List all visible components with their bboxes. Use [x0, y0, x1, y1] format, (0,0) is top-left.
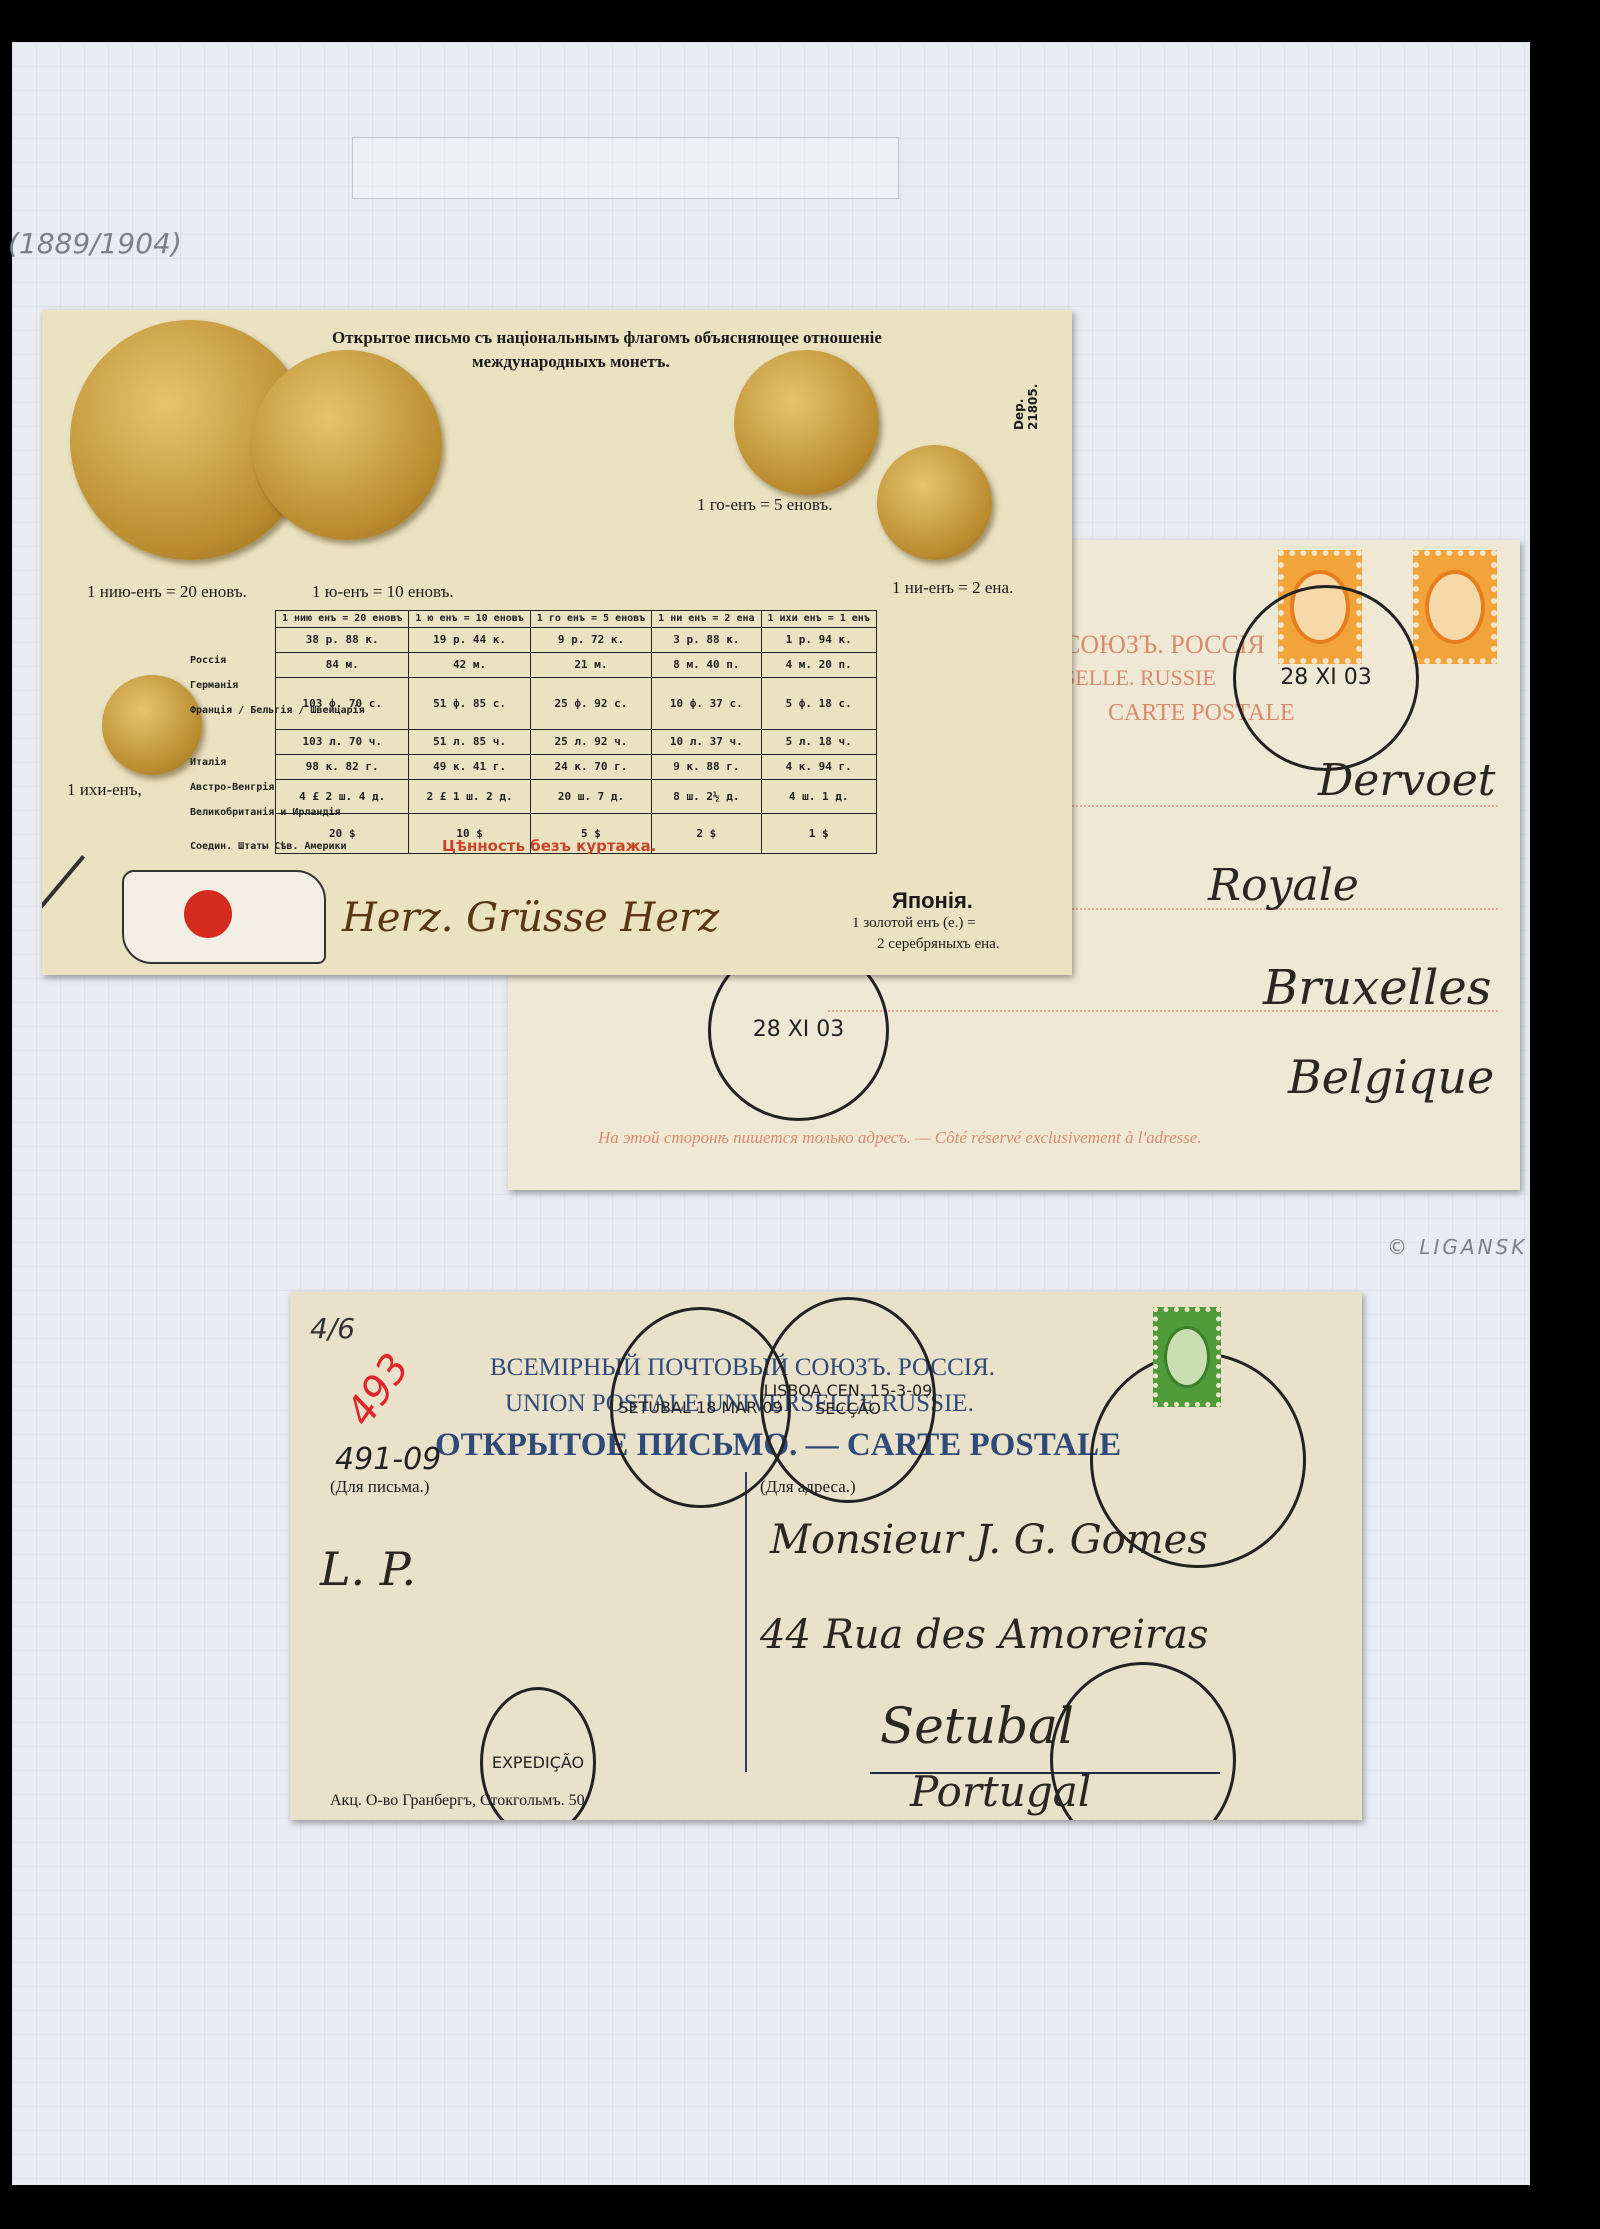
divider-line	[745, 1472, 747, 1772]
coin-caption: 1 нию-енъ = 20 еновъ.	[87, 582, 247, 602]
table-header: 1 го енъ = 5 еновъ	[530, 611, 651, 628]
table-cell: 9 р. 72 к.	[530, 627, 651, 652]
address-line-3: Setubal	[880, 1697, 1074, 1755]
table-header: 1 ю енъ = 10 еновъ	[409, 611, 530, 628]
table-row: 98 к. 82 г.49 к. 41 г.24 к. 70 г.9 к. 88…	[276, 754, 877, 779]
publisher-code: Dep. 21805.	[1012, 370, 1040, 430]
table-cell: 10 л. 37 ч.	[652, 729, 761, 754]
table-cell: 51 ф. 85 с.	[409, 677, 530, 729]
address-side-note: На этой сторонѣ пишется только адресъ. —…	[598, 1128, 1202, 1148]
postmark-lugansk	[1050, 1662, 1236, 1820]
table-cell: 9 к. 88 г.	[652, 754, 761, 779]
table-cell: 4 £ 2 ш. 4 д.	[276, 779, 409, 813]
table-row: 103 л. 70 ч.51 л. 85 ч.25 л. 92 ч.10 л. …	[276, 729, 877, 754]
table-cell: 98 к. 82 г.	[276, 754, 409, 779]
table-cell: 3 р. 88 к.	[652, 627, 761, 652]
card-title: международныхъ монетъ.	[472, 352, 670, 372]
flag-pole	[42, 855, 85, 972]
country-title: Японія.	[892, 888, 973, 914]
red-inventory-mark: 493	[337, 1346, 418, 1435]
postmark-lisboa: LISBOA CEN. 15-3-09 SECÇÃO	[760, 1297, 936, 1503]
table-cell: 49 к. 41 г.	[409, 754, 530, 779]
stamp-1-kopek	[1413, 550, 1497, 664]
address-line-4: Belgique	[1288, 1050, 1494, 1104]
pencil-mark: 491-09	[335, 1442, 441, 1477]
pencil-note-origin: © LIGANSK	[1387, 1235, 1527, 1259]
table-cell: 42 м.	[409, 652, 530, 677]
coin-1-yen	[102, 675, 202, 775]
table-cell: 5 ф. 18 с.	[761, 677, 876, 729]
table-cell: 51 л. 85 ч.	[409, 729, 530, 754]
address-line-1: Monsieur J. G. Gomes	[770, 1517, 1208, 1563]
japan-flag	[122, 870, 326, 964]
red-caption: Цѣнность безъ куртажа.	[442, 837, 656, 855]
card-title: Открытое письмо съ національнымъ флагомъ…	[332, 328, 882, 348]
pencil-mark: 4/6	[310, 1312, 355, 1345]
coin-2-yen	[877, 445, 992, 560]
postcard-portugal: ВСЕМІРНЫЙ ПОЧТОВЫЙ СОЮЗЪ. РОССІЯ. UNION …	[290, 1292, 1362, 1820]
postcard-japan-coins: Открытое письмо съ національнымъ флагомъ…	[42, 310, 1072, 975]
table-cell: 103 л. 70 ч.	[276, 729, 409, 754]
table-cell: 84 м.	[276, 652, 409, 677]
table-row: 4 £ 2 ш. 4 д.2 £ 1 ш. 2 д.20 ш. 7 д.8 ш.…	[276, 779, 877, 813]
mount-strip	[352, 137, 899, 199]
address-line-1: Dervoet	[1318, 755, 1495, 806]
table-cell: 4 ш. 1 д.	[761, 779, 876, 813]
rising-sun	[184, 890, 232, 938]
table-header: 1 ни енъ = 2 ена	[652, 611, 761, 628]
table-cell: 5 л. 18 ч.	[761, 729, 876, 754]
country-note: 2 серебряныхъ ена.	[877, 936, 1000, 953]
address-line-2: 44 Rua des Amoreiras	[760, 1612, 1209, 1658]
coin-caption: 1 го-енъ = 5 еновъ.	[697, 495, 833, 515]
coin-caption: 1 ни-енъ = 2 ена.	[892, 578, 1013, 598]
table-row: 84 м.42 м.21 м.8 м. 40 п.4 м. 20 п.	[276, 652, 877, 677]
table-header: 1 ихи енъ = 1 енъ	[761, 611, 876, 628]
table-cell: 25 ф. 92 с.	[530, 677, 651, 729]
coin-caption: 1 ю-енъ = 10 еновъ.	[312, 582, 454, 602]
table-cell: 20 $	[276, 813, 409, 853]
table-cell: 1 р. 94 к.	[761, 627, 876, 652]
coin-caption: 1 ихи-енъ,	[67, 780, 142, 800]
stamp-2-kopek	[1153, 1307, 1221, 1407]
table-cell: 25 л. 92 ч.	[530, 729, 651, 754]
table-row: 38 р. 88 к.19 р. 44 к.9 р. 72 к.3 р. 88 …	[276, 627, 877, 652]
table-cell: 8 м. 40 п.	[652, 652, 761, 677]
table-cell: 38 р. 88 к.	[276, 627, 409, 652]
printed-header-2: SELLE. RUSSIE	[1063, 665, 1216, 691]
exchange-rate-table: 1 нию енъ = 20 еновъ1 ю енъ = 10 еновъ1 …	[275, 610, 877, 854]
table-row: 103 ф. 70 с.51 ф. 85 с.25 ф. 92 с.10 ф. …	[276, 677, 877, 729]
postmark-lugansk: 28 XI 03	[1233, 585, 1419, 771]
table-cell: 8 ш. 2½ д.	[652, 779, 761, 813]
address-line-2: Royale	[1208, 860, 1359, 911]
table-cell: 19 р. 44 к.	[409, 627, 530, 652]
table-cell: 4 м. 20 п.	[761, 652, 876, 677]
table-cell: 20 ш. 7 д.	[530, 779, 651, 813]
table-cell: 2 £ 1 ш. 2 д.	[409, 779, 530, 813]
table-cell: 21 м.	[530, 652, 651, 677]
country-note: 1 золотой енъ (е.) =	[852, 915, 976, 932]
table-cell: 24 к. 70 г.	[530, 754, 651, 779]
pencil-note-date-range: (1889/1904)	[8, 227, 182, 260]
table-cell: 2 $	[652, 813, 761, 853]
coin-10-yen	[252, 350, 442, 540]
printed-header-1: СОЮЗЪ. РОССІЯ	[1063, 630, 1265, 660]
table-cell: 4 к. 94 г.	[761, 754, 876, 779]
coin-5-yen	[734, 350, 879, 495]
signature: L. P.	[320, 1542, 416, 1596]
printer-imprint: Акц. О-во Гранбергъ, Стокгольмъ. 50	[330, 1792, 585, 1810]
left-label: (Для письма.)	[330, 1477, 429, 1497]
table-cell: 103 ф. 70 с.	[276, 677, 409, 729]
address-line-3: Bruxelles	[1263, 960, 1491, 1016]
table-cell: 1 $	[761, 813, 876, 853]
handwritten-greeting: Herz. Grüsse Herz	[342, 895, 719, 941]
table-cell: 10 ф. 37 с.	[652, 677, 761, 729]
table-header: 1 нию енъ = 20 еновъ	[276, 611, 409, 628]
